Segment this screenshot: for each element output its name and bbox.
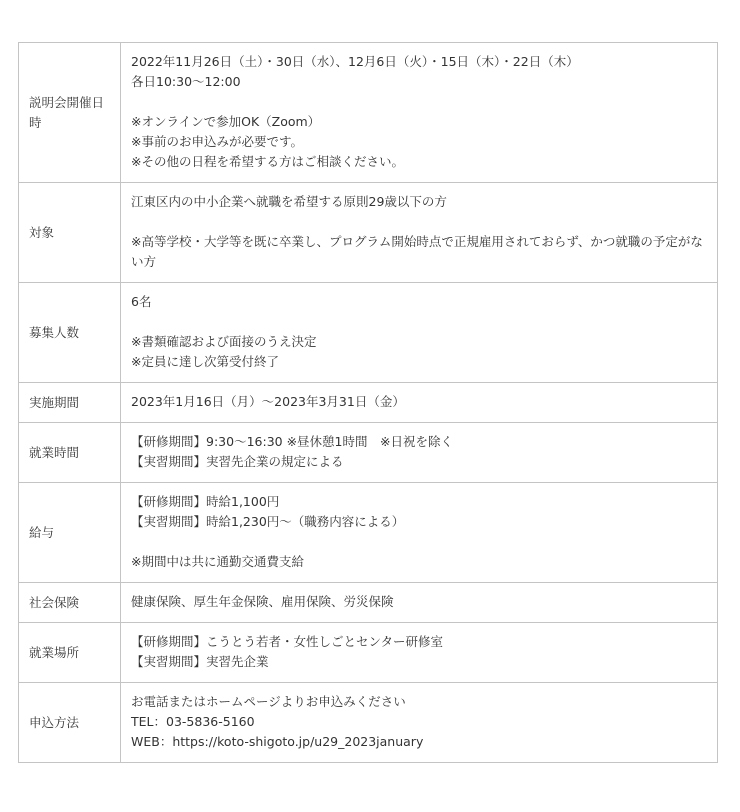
table-row-social-insurance: 社会保険 健康保険、厚生年金保険、雇用保険、労災保険 — [19, 583, 718, 623]
value-line-blank — [131, 532, 707, 552]
value-line: 【実習期間】時給1,230円～（職務内容による） — [131, 512, 707, 532]
value-line: 2022年11月26日（土）・30日（水）、12月6日（火）・15日（木）・22… — [131, 52, 707, 72]
value-line: 【研修期間】こうとう若者・女性しごとセンター研修室 — [131, 632, 707, 652]
value-line-blank — [131, 92, 707, 112]
table-row-period: 実施期間 2023年1月16日（月）～2023年3月31日（金） — [19, 383, 718, 423]
table-row-target: 対象 江東区内の中小企業へ就職を希望する原則29歳以下の方 ※高等学校・大学等を… — [19, 183, 718, 283]
value-line: ※その他の日程を希望する方はご相談ください。 — [131, 152, 707, 172]
value-line: 6名 — [131, 292, 707, 312]
value-line-blank — [131, 312, 707, 332]
website-url: WEB：https://koto-shigoto.jp/u29_2023janu… — [131, 732, 707, 752]
value-line: ※事前のお申込みが必要です。 — [131, 132, 707, 152]
value-line: 2023年1月16日（月）～2023年3月31日（金） — [131, 392, 707, 412]
row-label: 対象 — [19, 183, 121, 283]
row-label-text: 実施期間 — [29, 393, 112, 413]
phone-number: TEL：03-5836-5160 — [131, 712, 707, 732]
value-line: ※高等学校・大学等を既に卒業し、プログラム開始時点で正規雇用されておらず、かつ就… — [131, 232, 707, 272]
value-line: 【実習期間】実習先企業の規定による — [131, 452, 707, 472]
row-value: 【研修期間】こうとう若者・女性しごとセンター研修室 【実習期間】実習先企業 — [121, 623, 718, 683]
row-value: 6名 ※書類確認および面接のうえ決定 ※定員に達し次第受付終了 — [121, 283, 718, 383]
table-row-capacity: 募集人数 6名 ※書類確認および面接のうえ決定 ※定員に達し次第受付終了 — [19, 283, 718, 383]
row-label-text: 対象 — [29, 223, 112, 243]
row-value: 江東区内の中小企業へ就職を希望する原則29歳以下の方 ※高等学校・大学等を既に卒… — [121, 183, 718, 283]
row-label-text: 募集人数 — [29, 323, 112, 343]
table-row-working-hours: 就業時間 【研修期間】9:30～16:30 ※昼休憩1時間 ※日祝を除く 【実習… — [19, 423, 718, 483]
row-value: 2023年1月16日（月）～2023年3月31日（金） — [121, 383, 718, 423]
row-label: 実施期間 — [19, 383, 121, 423]
program-info-table: 説明会開催日時 2022年11月26日（土）・30日（水）、12月6日（火）・1… — [18, 42, 718, 763]
row-label-text: 給与 — [29, 523, 112, 543]
value-line-blank — [131, 212, 707, 232]
table-row-application-method: 申込方法 お電話またはホームページよりお申込みください TEL：03-5836-… — [19, 683, 718, 763]
table-row-salary: 給与 【研修期間】時給1,100円 【実習期間】時給1,230円～（職務内容によ… — [19, 483, 718, 583]
value-line: ※期間中は共に通勤交通費支給 — [131, 552, 707, 572]
value-line: 各日10:30～12:00 — [131, 72, 707, 92]
row-label-text: 就業時間 — [29, 443, 112, 463]
table-row-work-location: 就業場所 【研修期間】こうとう若者・女性しごとセンター研修室 【実習期間】実習先… — [19, 623, 718, 683]
row-value: 【研修期間】9:30～16:30 ※昼休憩1時間 ※日祝を除く 【実習期間】実習… — [121, 423, 718, 483]
row-label: 給与 — [19, 483, 121, 583]
row-label-text: 社会保険 — [29, 593, 112, 613]
row-label-text: 説明会開催日時 — [29, 93, 112, 133]
row-label: 説明会開催日時 — [19, 43, 121, 183]
row-label-text: 就業場所 — [29, 643, 112, 663]
value-line: 【研修期間】時給1,100円 — [131, 492, 707, 512]
value-line: 【実習期間】実習先企業 — [131, 652, 707, 672]
value-line: ※定員に達し次第受付終了 — [131, 352, 707, 372]
value-line: ※オンラインで参加OK（Zoom） — [131, 112, 707, 132]
row-value: お電話またはホームページよりお申込みください TEL：03-5836-5160 … — [121, 683, 718, 763]
value-line: 健康保険、厚生年金保険、雇用保険、労災保険 — [131, 592, 707, 612]
value-line: 江東区内の中小企業へ就職を希望する原則29歳以下の方 — [131, 192, 707, 212]
row-label: 就業時間 — [19, 423, 121, 483]
row-value: 【研修期間】時給1,100円 【実習期間】時給1,230円～（職務内容による） … — [121, 483, 718, 583]
value-line: ※書類確認および面接のうえ決定 — [131, 332, 707, 352]
table-row-session-dates: 説明会開催日時 2022年11月26日（土）・30日（水）、12月6日（火）・1… — [19, 43, 718, 183]
row-label-text: 申込方法 — [29, 713, 112, 733]
value-line: お電話またはホームページよりお申込みください — [131, 692, 707, 712]
row-label: 社会保険 — [19, 583, 121, 623]
row-value: 2022年11月26日（土）・30日（水）、12月6日（火）・15日（木）・22… — [121, 43, 718, 183]
row-value: 健康保険、厚生年金保険、雇用保険、労災保険 — [121, 583, 718, 623]
value-line: 【研修期間】9:30～16:30 ※昼休憩1時間 ※日祝を除く — [131, 432, 707, 452]
row-label: 募集人数 — [19, 283, 121, 383]
row-label: 就業場所 — [19, 623, 121, 683]
row-label: 申込方法 — [19, 683, 121, 763]
